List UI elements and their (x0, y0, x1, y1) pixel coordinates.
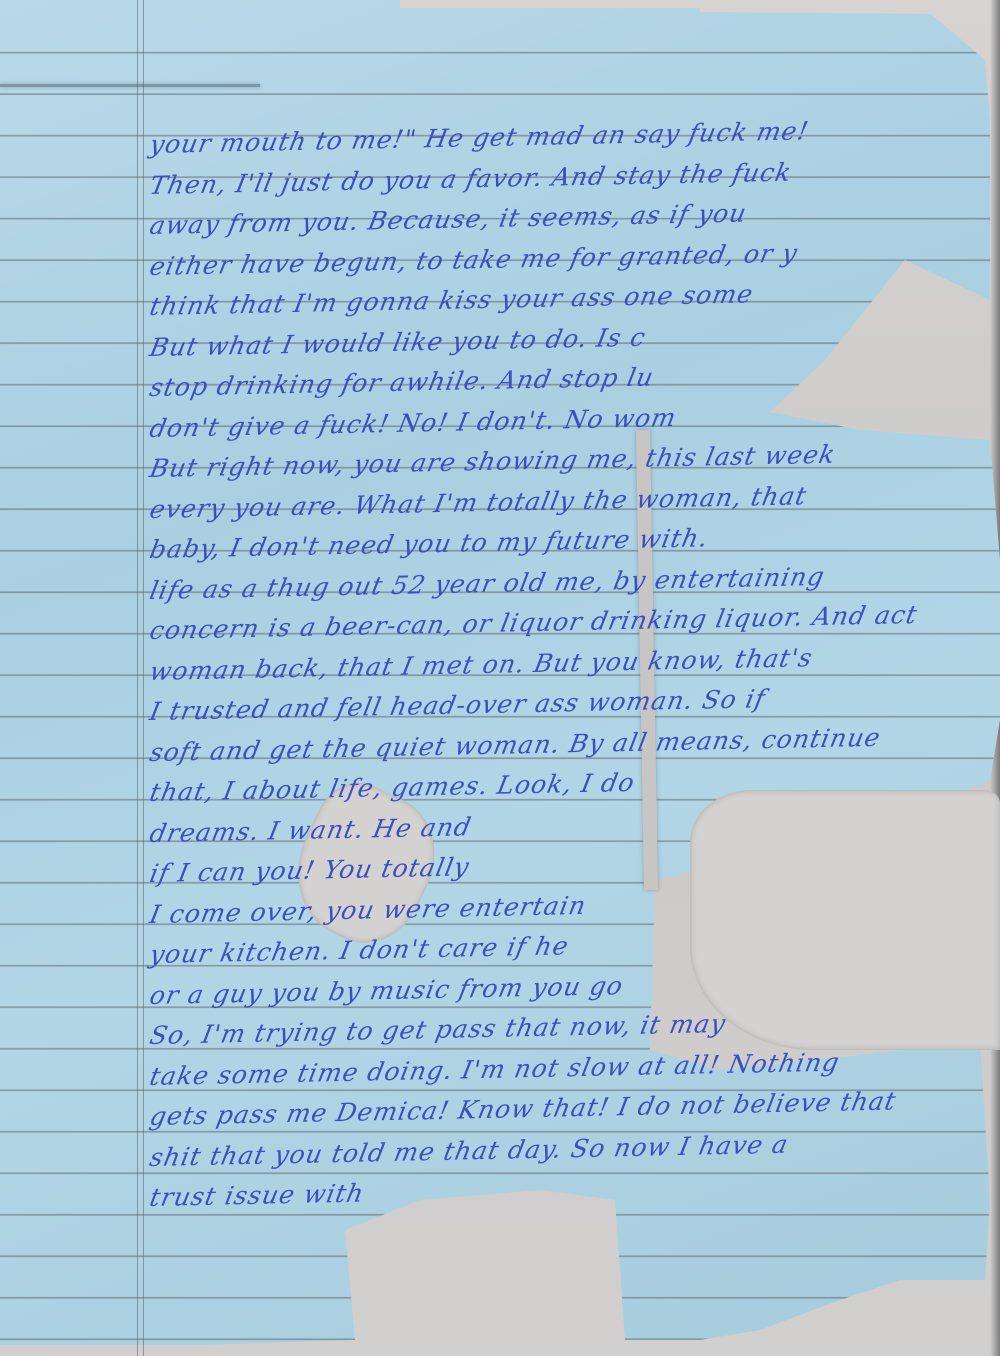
horizontal-tear (0, 84, 260, 87)
handwritten-letter-body: your mouth to me!" He get mad an say fuc… (150, 125, 990, 1219)
paper-margin-line (137, 0, 144, 1356)
